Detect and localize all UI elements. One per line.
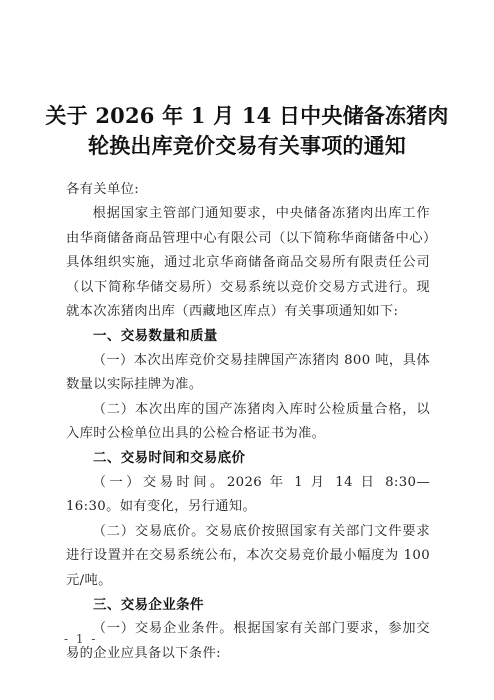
page-number: - 1 - <box>64 632 97 646</box>
title-line-1: 关于 2026 年 1 月 14 日中央储备冻猪肉 <box>0 101 494 131</box>
section-heading-2: 二、交易时间和交易底价 <box>66 446 430 470</box>
document-title: 关于 2026 年 1 月 14 日中央储备冻猪肉 轮换出库竞价交易有关事项的通… <box>0 101 494 161</box>
paragraph-3-1: （一）交易企业条件。根据国家有关部门要求，参加交易的企业应具备以下条件: <box>66 617 430 666</box>
document-page: 关于 2026 年 1 月 14 日中央储备冻猪肉 轮换出库竞价交易有关事项的通… <box>0 0 494 700</box>
paragraph-2-1: （一）交易时间。2026 年 1 月 14 日 8:30—16:30。如有变化，… <box>66 471 430 520</box>
section-heading-1: 一、交易数量和质量 <box>66 324 430 348</box>
paragraph-2-2: （二）交易底价。交易底价按照国家有关部门文件要求进行设置并在交易系统公布，本次交… <box>66 520 430 593</box>
section-heading-3: 三、交易企业条件 <box>66 593 430 617</box>
paragraph-1-1: （一）本次出库竞价交易挂牌国产冻猪肉 800 吨，具体数量以实际挂牌为准。 <box>66 349 430 398</box>
paragraph-intro: 根据国家主管部门通知要求，中央储备冻猪肉出库工作由华商储备商品管理中心有限公司（… <box>66 202 430 324</box>
title-line-2: 轮换出库竞价交易有关事项的通知 <box>0 131 494 161</box>
paragraph-1-2: （二）本次出库的国产冻猪肉入库时公检质量合格，以入库时公检单位出具的公检合格证书… <box>66 398 430 447</box>
document-body: 各有关单位: 根据国家主管部门通知要求，中央储备冻猪肉出库工作由华商储备商品管理… <box>66 178 430 666</box>
salutation: 各有关单位: <box>66 178 430 202</box>
